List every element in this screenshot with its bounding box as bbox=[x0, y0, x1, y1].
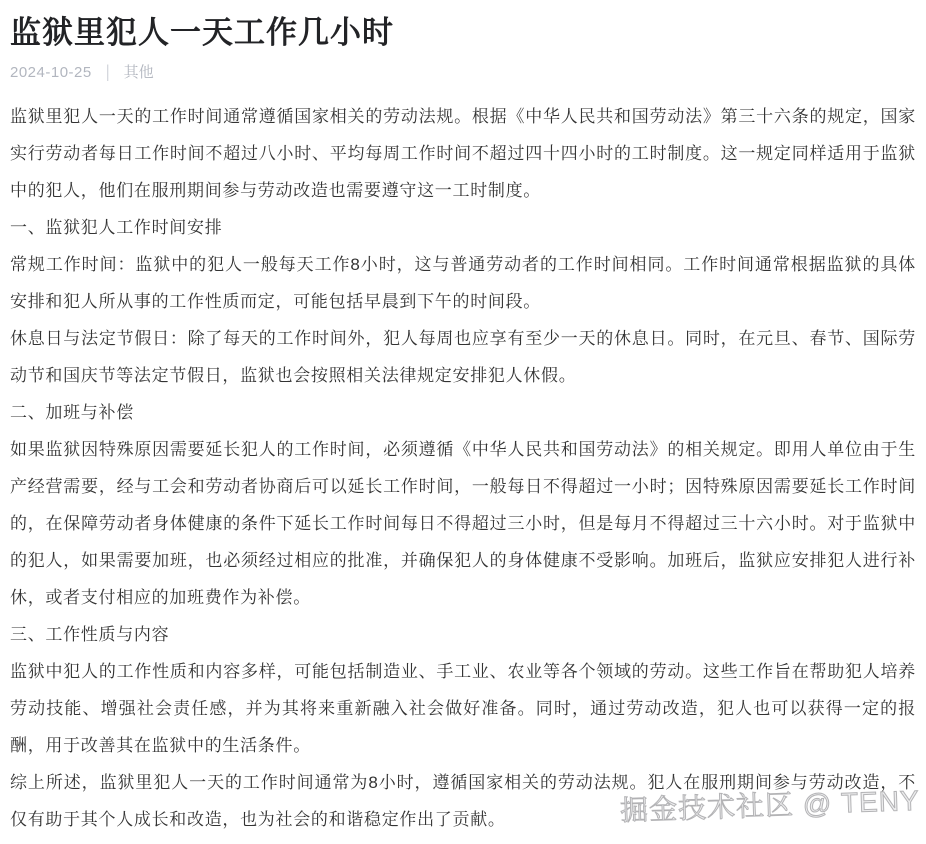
paragraph: 综上所述，监狱里犯人一天的工作时间通常为8小时，遵循国家相关的劳动法规。犯人在服… bbox=[10, 764, 916, 838]
article-category-link[interactable]: 其他 bbox=[124, 64, 154, 82]
article-body: 监狱里犯人一天的工作时间通常遵循国家相关的劳动法规。根据《中华人民共和国劳动法》… bbox=[10, 98, 916, 838]
article-page: 监狱里犯人一天工作几小时 2024-10-25 | 其他 监狱里犯人一天的工作时… bbox=[0, 0, 926, 838]
article-date: 2024-10-25 bbox=[10, 64, 92, 82]
section-heading: 三、工作性质与内容 bbox=[10, 616, 916, 653]
article-meta: 2024-10-25 | 其他 bbox=[10, 64, 916, 82]
page-title: 监狱里犯人一天工作几小时 bbox=[10, 14, 916, 52]
meta-divider: | bbox=[106, 63, 110, 84]
paragraph: 监狱里犯人一天的工作时间通常遵循国家相关的劳动法规。根据《中华人民共和国劳动法》… bbox=[10, 98, 916, 209]
section-heading: 二、加班与补偿 bbox=[10, 394, 916, 431]
section-heading: 一、监狱犯人工作时间安排 bbox=[10, 209, 916, 246]
paragraph: 常规工作时间：监狱中的犯人一般每天工作8小时，这与普通劳动者的工作时间相同。工作… bbox=[10, 246, 916, 320]
paragraph: 监狱中犯人的工作性质和内容多样，可能包括制造业、手工业、农业等各个领域的劳动。这… bbox=[10, 653, 916, 764]
paragraph: 休息日与法定节假日：除了每天的工作时间外，犯人每周也应享有至少一天的休息日。同时… bbox=[10, 320, 916, 394]
paragraph: 如果监狱因特殊原因需要延长犯人的工作时间，必须遵循《中华人民共和国劳动法》的相关… bbox=[10, 431, 916, 616]
